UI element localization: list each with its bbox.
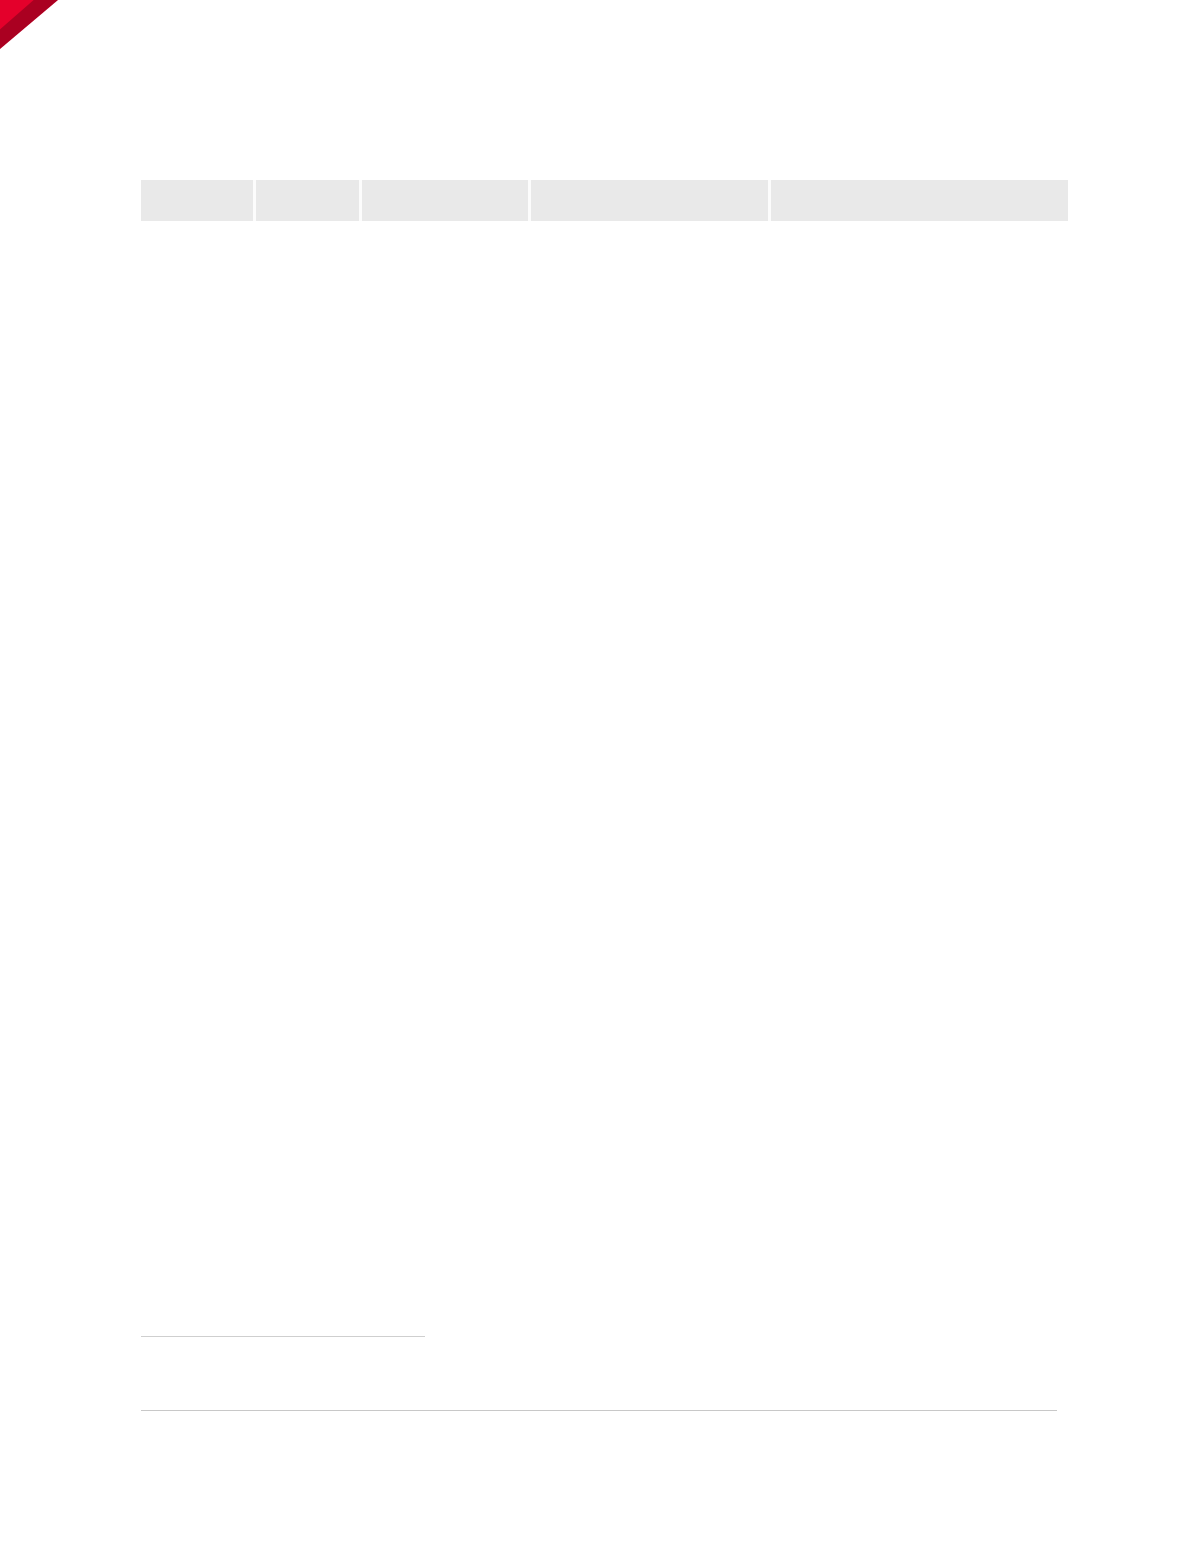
- ribbon-fold: [0, 0, 58, 49]
- footnote-separator: [141, 1336, 425, 1337]
- table-header-row: [141, 180, 1068, 221]
- header-gap: [359, 180, 362, 221]
- page-footer: [0, 1430, 1199, 1454]
- keysight-corner-ribbon-icon: [0, 0, 58, 49]
- header-gap: [768, 180, 771, 221]
- header-gap: [253, 180, 256, 221]
- footer-divider: [141, 1410, 1057, 1411]
- header-gap: [528, 180, 531, 221]
- datasheet-page: [0, 0, 1199, 1551]
